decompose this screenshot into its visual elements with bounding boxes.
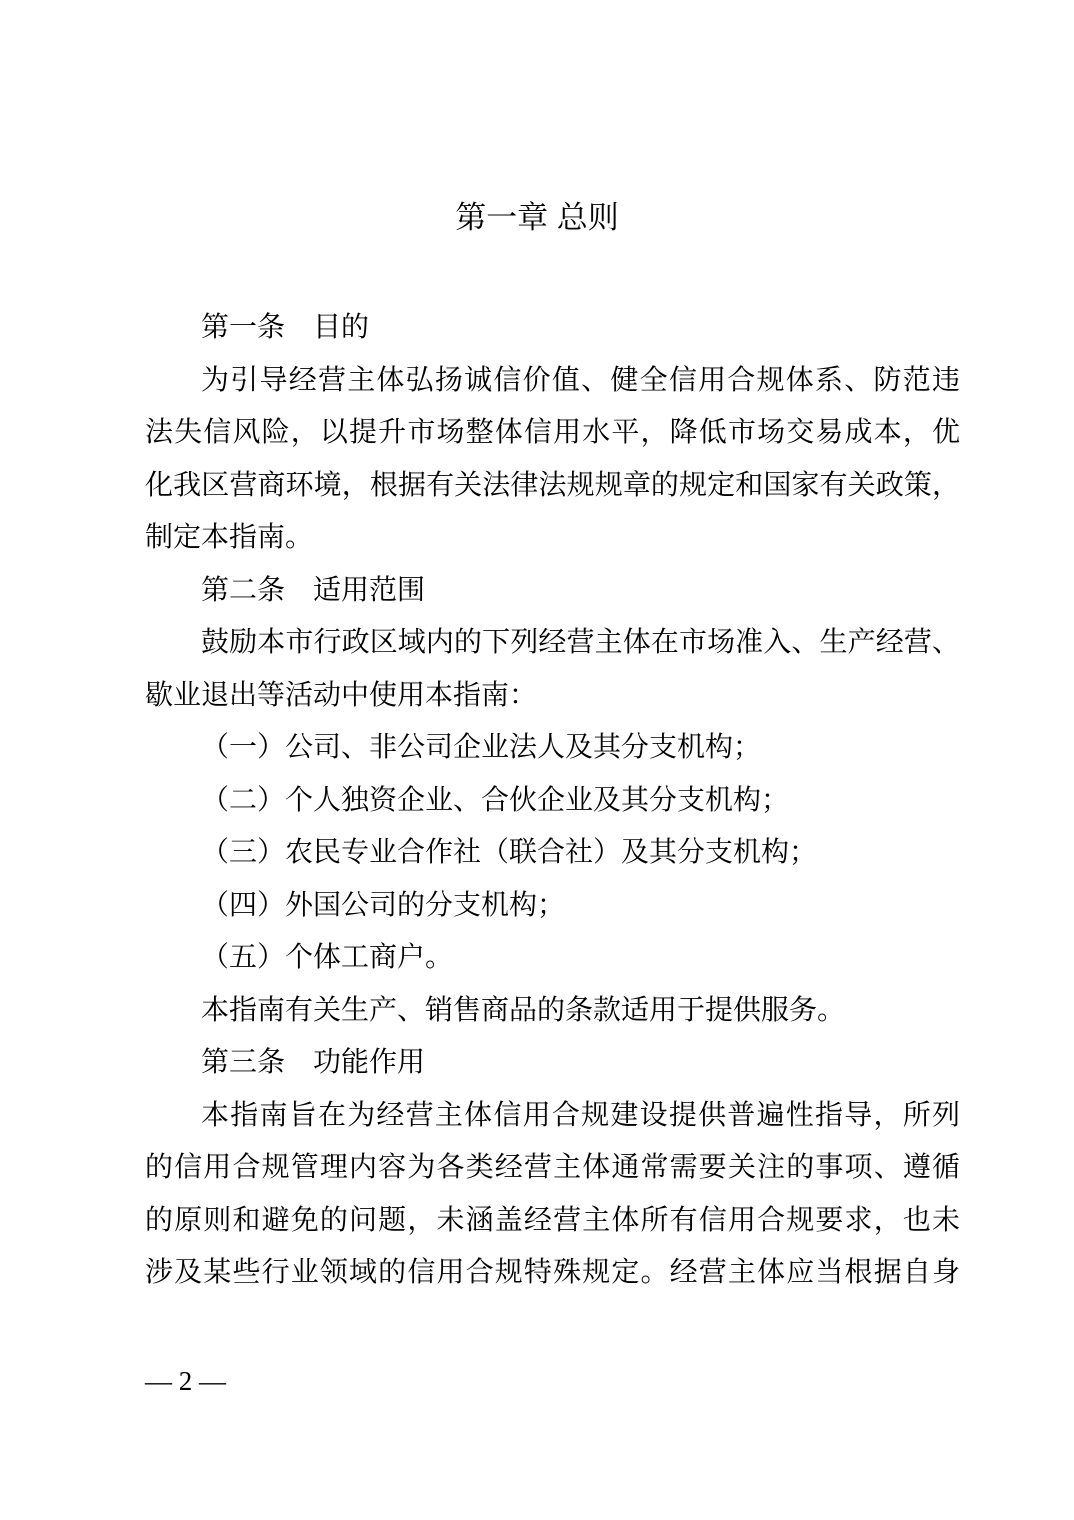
paragraph-line: 法失信风险，以提升市场整体信用水平，降低市场交易成本，优 (145, 406, 960, 459)
paragraph-line: 的信用合规管理内容为各类经营主体通常需要关注的事项、遵循 (145, 1141, 960, 1194)
list-item: （二）个人独资企业、合伙企业及其分支机构； (145, 774, 960, 827)
list-item: （三）农民专业合作社（联合社）及其分支机构； (145, 826, 960, 879)
paragraph-line: 歇业退出等活动中使用本指南： (145, 669, 960, 722)
paragraph-line: 涉及某些行业领域的信用合规特殊规定。经营主体应当根据自身 (145, 1246, 960, 1299)
paragraph-line: 鼓励本市行政区域内的下列经营主体在市场准入、生产经营、 (145, 616, 960, 669)
document-page: 第一章 总则 第一条 目的为引导经营主体弘扬诚信价值、健全信用合规体系、防范违法… (0, 0, 1074, 1520)
article-heading: 第一条 目的 (145, 301, 960, 354)
page-footer: — 2 — (145, 1366, 226, 1397)
article-heading: 第三条 功能作用 (145, 1036, 960, 1089)
article-heading: 第二条 适用范围 (145, 564, 960, 617)
chapter-title: 第一章 总则 (0, 200, 1074, 236)
list-item: （一）公司、非公司企业法人及其分支机构； (145, 721, 960, 774)
paragraph-line: 本指南旨在为经营主体信用合规建设提供普遍性指导，所列 (145, 1089, 960, 1142)
paragraph-line: 的原则和避免的问题，未涵盖经营主体所有信用合规要求，也未 (145, 1194, 960, 1247)
document-body: 第一条 目的为引导经营主体弘扬诚信价值、健全信用合规体系、防范违法失信风险，以提… (145, 301, 960, 1299)
paragraph-line: 化我区营商环境，根据有关法律法规规章的规定和国家有关政策， (145, 459, 960, 512)
list-item: （四）外国公司的分支机构； (145, 879, 960, 932)
paragraph-line: 制定本指南。 (145, 511, 960, 564)
paragraph-line: 本指南有关生产、销售商品的条款适用于提供服务。 (145, 984, 960, 1037)
list-item: （五）个体工商户。 (145, 931, 960, 984)
paragraph-line: 为引导经营主体弘扬诚信价值、健全信用合规体系、防范违 (145, 354, 960, 407)
